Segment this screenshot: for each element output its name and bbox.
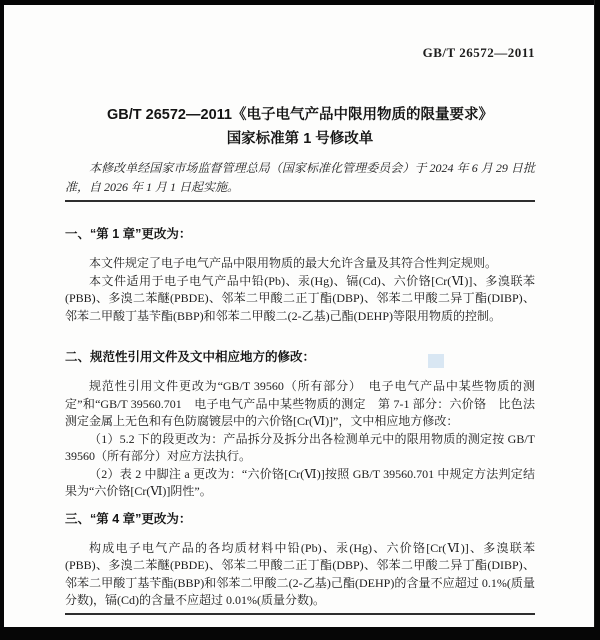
document-title: GB/T 26572—2011《电子电气产品中限用物质的限量要求》 国家标准第 … [65,103,535,151]
document-title-line2: 国家标准第 1 号修改单 [65,127,535,151]
top-rule [65,200,535,202]
section-1-heading: 一、“第 1 章”更改为： [65,224,535,242]
section-3-heading: 三、“第 4 章”更改为： [65,509,535,527]
section-2-paragraph-2: （1）5.2 下的段更改为：产品拆分及拆分出各检测单元中的限用物质的测定按 GB… [65,431,535,466]
section-2-paragraph-3: （2）表 2 中脚注 a 更改为：“六价铬[Cr(Ⅵ)]按照 GB/T 3956… [65,466,535,501]
section-1-paragraph-2: 本文件适用于电子电气产品中铅(Pb)、汞(Hg)、镉(Cd)、六价铬[Cr(Ⅵ)… [65,273,535,326]
section-2-heading: 二、规范性引用文件及文中相应地方的修改： [65,347,535,365]
section-2-paragraph-1: 规范性引用文件更改为“GB/T 39560（所有部分） 电子电气产品中某些物质的… [65,378,535,431]
page-content: GB/T 26572—2011 GB/T 26572—2011《电子电气产品中限… [0,5,600,615]
standard-number-header: GB/T 26572—2011 [65,45,535,61]
section-1-paragraph-1: 本文件规定了电子电气产品中限用物质的最大允许含量及其符合性判定规则。 [65,255,535,273]
scan-edge-right [595,0,600,640]
scan-edge-top [0,0,600,5]
bottom-rule [65,613,535,615]
approval-note: 本修改单经国家市场监督管理总局（国家标准化管理委员会）于 2024 年 6 月 … [65,159,535,197]
scan-edge-left [0,0,4,640]
scanned-document-page: GB/T 26572—2011 GB/T 26572—2011《电子电气产品中限… [0,0,600,640]
section-3-paragraph-1: 构成电子电气产品的各均质材料中铅(Pb)、汞(Hg)、六价铬[Cr(Ⅵ)]、多溴… [65,540,535,610]
scan-edge-bottom [0,627,600,640]
watermark-artifact [428,354,444,368]
document-title-line1: GB/T 26572—2011《电子电气产品中限用物质的限量要求》 [65,103,535,127]
